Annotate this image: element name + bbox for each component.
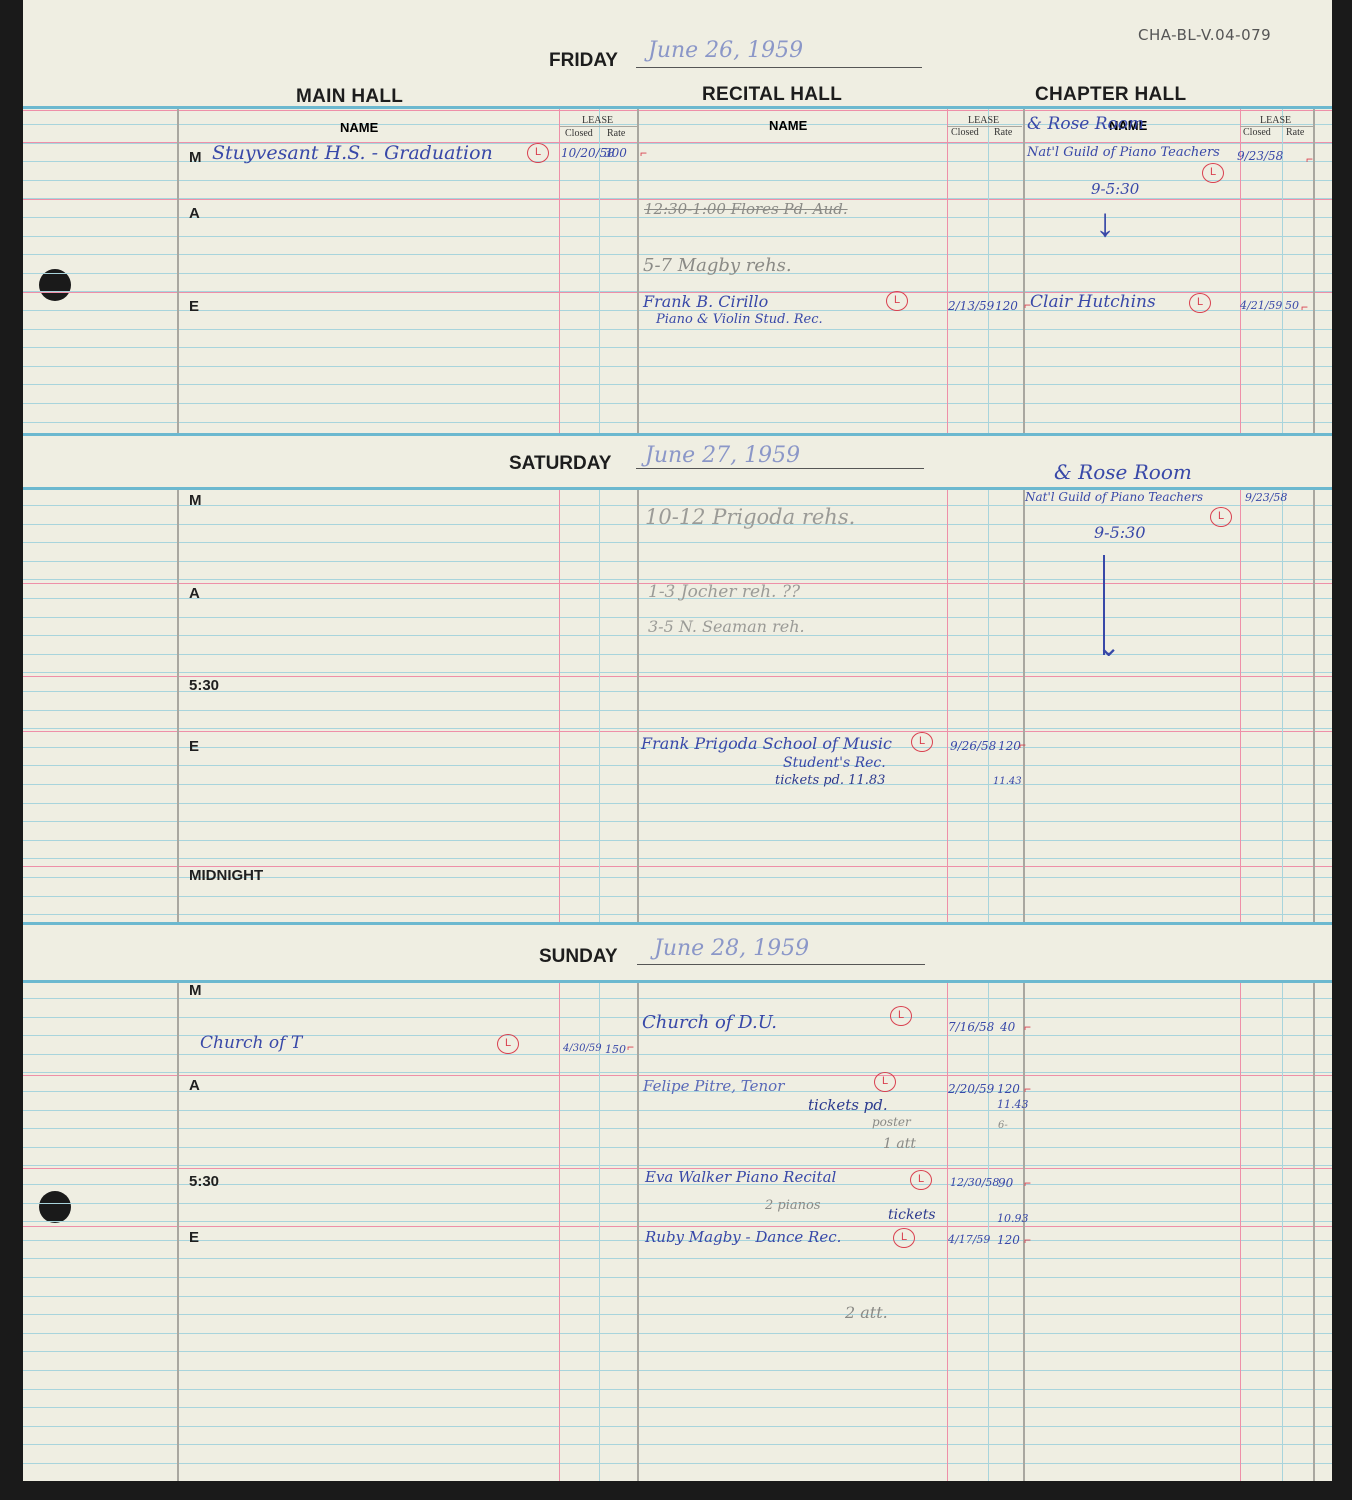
red-tick-mark: ⌐: [1301, 300, 1308, 314]
entry-subtitle: Student's Rec.: [783, 755, 886, 771]
period-friday-a: A: [189, 205, 200, 222]
continuation-arrow-icon: ↓: [1095, 203, 1115, 243]
entry-name-cancelled: 12:30-1:00 Flores Pd. Aud.: [644, 200, 848, 218]
red-tick-mark: ⌐: [1024, 1082, 1031, 1096]
period-friday-e: E: [189, 298, 199, 315]
lease-mark: L: [910, 1170, 932, 1190]
lease-mark: L: [911, 732, 933, 752]
period-friday-m: M: [189, 149, 202, 166]
entry-name: Clair Hutchins: [1030, 292, 1156, 312]
entry-note: tickets: [888, 1207, 936, 1223]
lease-mark: L: [527, 143, 549, 163]
period-saturday-midnight: MIDNIGHT: [189, 867, 263, 884]
entry-closed: 7/16/58: [948, 1020, 994, 1034]
entry-subtitle: 2 pianos: [765, 1198, 821, 1213]
red-tick-mark: ⌐: [1024, 1176, 1031, 1190]
hall-title-main: MAIN HALL: [296, 86, 403, 108]
col-header-rate-main: Rate: [607, 128, 625, 139]
period-sunday-530: 5:30: [189, 1173, 219, 1190]
entry-name: 3-5 N. Seaman reh.: [648, 617, 805, 636]
entry-name: Nat'l Guild of Piano Teachers: [1027, 145, 1220, 160]
red-tick-mark: ⌐: [1024, 1233, 1031, 1247]
entry-closed: 9/23/58: [1245, 491, 1287, 504]
entry-closed: 2/13/59: [948, 299, 994, 313]
entry-time: 9-5:30: [1091, 180, 1139, 198]
entry-closed: 12/30/58: [950, 1176, 999, 1189]
date-sunday: June 28, 1959: [654, 936, 809, 961]
entry-rate: 50: [1285, 299, 1299, 312]
red-tick-mark: ⌐: [640, 146, 647, 160]
entry-time: 9-5:30: [1094, 523, 1146, 542]
entry-extra: 6-: [998, 1120, 1008, 1131]
chapter-rose-room-note: & Rose Room: [1054, 460, 1192, 484]
entry-rate: 150: [605, 1043, 626, 1056]
lease-mark: L: [890, 1006, 912, 1026]
red-tick-mark: ⌐: [1024, 1020, 1031, 1034]
entry-rate: 120: [997, 1082, 1020, 1096]
col-header-rate-chapter: Rate: [1286, 127, 1304, 138]
day-label-sunday: SUNDAY: [539, 946, 618, 968]
entry-note: poster: [872, 1115, 911, 1129]
entry-name: 5-7 Magby rehs.: [643, 255, 792, 276]
entry-rate: 120: [997, 1233, 1020, 1247]
entry-note: tickets pd.: [808, 1096, 888, 1114]
col-header-lease-main: LEASE: [582, 115, 613, 126]
lease-mark: L: [1210, 507, 1232, 527]
period-sunday-m: M: [189, 982, 202, 999]
binder-hole-bottom: [39, 1191, 71, 1223]
red-tick-mark: ⌐: [627, 1040, 634, 1054]
entry-note: tickets pd. 11.83: [775, 773, 885, 788]
col-header-closed-main: Closed: [565, 128, 593, 139]
entry-name: Frank Prigoda School of Music: [641, 734, 892, 753]
entry-name: Church of D.U.: [642, 1012, 777, 1033]
red-tick-mark: ⌐: [1306, 152, 1313, 166]
day-label-friday: FRIDAY: [549, 50, 618, 72]
lease-mark: L: [497, 1034, 519, 1054]
period-saturday-a: A: [189, 585, 200, 602]
period-saturday-e: E: [189, 738, 199, 755]
entry-name: Eva Walker Piano Recital: [645, 1168, 836, 1186]
lease-mark: L: [1189, 293, 1211, 313]
entry-extra: 11.43: [997, 1098, 1029, 1111]
entry-rate: 300: [604, 146, 627, 160]
lease-mark: L: [886, 291, 908, 311]
period-sunday-e: E: [189, 1229, 199, 1246]
entry-name: Nat'l Guild of Piano Teachers: [1025, 490, 1203, 504]
col-header-rate-recital: Rate: [994, 127, 1012, 138]
lease-mark: L: [1202, 163, 1224, 183]
entry-closed: 4/17/59: [948, 1233, 990, 1246]
entry-note: 1 att: [883, 1136, 916, 1152]
entry-name: 1-3 Jocher reh. ??: [648, 582, 800, 602]
catalog-id: CHA-BL-V.04-079: [1138, 26, 1271, 44]
col-header-lease-recital: LEASE: [968, 115, 999, 126]
col-header-name-main: NAME: [340, 120, 378, 135]
entry-extra: 11.43: [993, 776, 1022, 787]
hall-title-chapter: CHAPTER HALL: [1035, 84, 1186, 106]
lease-mark: L: [893, 1228, 915, 1248]
lease-mark: L: [874, 1072, 896, 1092]
entry-closed: 9/26/58: [950, 739, 996, 753]
date-saturday: June 27, 1959: [645, 443, 800, 468]
col-header-closed-recital: Closed: [951, 127, 979, 138]
period-saturday-530: 5:30: [189, 677, 219, 694]
entry-name: Stuyvesant H.S. - Graduation: [212, 142, 493, 164]
date-friday: June 26, 1959: [648, 38, 803, 63]
entry-name: 10-12 Prigoda rehs.: [645, 505, 855, 529]
entry-name: Ruby Magby - Dance Rec.: [645, 1228, 841, 1246]
col-header-lease-chapter: LEASE: [1260, 115, 1291, 126]
entry-closed: 4/30/59: [563, 1043, 602, 1054]
chapter-rose-room-note: & Rose Room: [1027, 114, 1144, 134]
period-sunday-a: A: [189, 1077, 200, 1094]
col-header-closed-chapter: Closed: [1243, 127, 1271, 138]
entry-note: 2 att.: [845, 1303, 888, 1322]
entry-rate: 40: [1000, 1020, 1015, 1034]
red-tick-mark: ⌐: [1019, 738, 1026, 752]
col-header-name-recital: NAME: [769, 118, 807, 133]
entry-closed: 4/21/59: [1240, 299, 1282, 312]
entry-name: Church of T: [200, 1033, 302, 1053]
red-tick-mark: ⌐: [1024, 298, 1031, 312]
period-saturday-m: M: [189, 492, 202, 509]
entry-name: Frank B. Cirillo: [643, 292, 768, 311]
entry-rate: 120: [998, 739, 1021, 753]
entry-name: Felipe Pitre, Tenor: [643, 1077, 784, 1095]
hall-title-recital: RECITAL HALL: [702, 84, 842, 106]
day-label-saturday: SATURDAY: [509, 453, 611, 475]
entry-closed: 9/23/58: [1237, 149, 1283, 163]
entry-extra: 10.93: [997, 1212, 1029, 1225]
entry-rate: 90: [998, 1176, 1013, 1190]
entry-rate: 120: [995, 299, 1018, 313]
entry-closed: 2/20/59: [948, 1082, 994, 1096]
continuation-arrowhead-icon: ⌄: [1097, 630, 1120, 663]
entry-subtitle: Piano & Violin Stud. Rec.: [656, 312, 823, 327]
